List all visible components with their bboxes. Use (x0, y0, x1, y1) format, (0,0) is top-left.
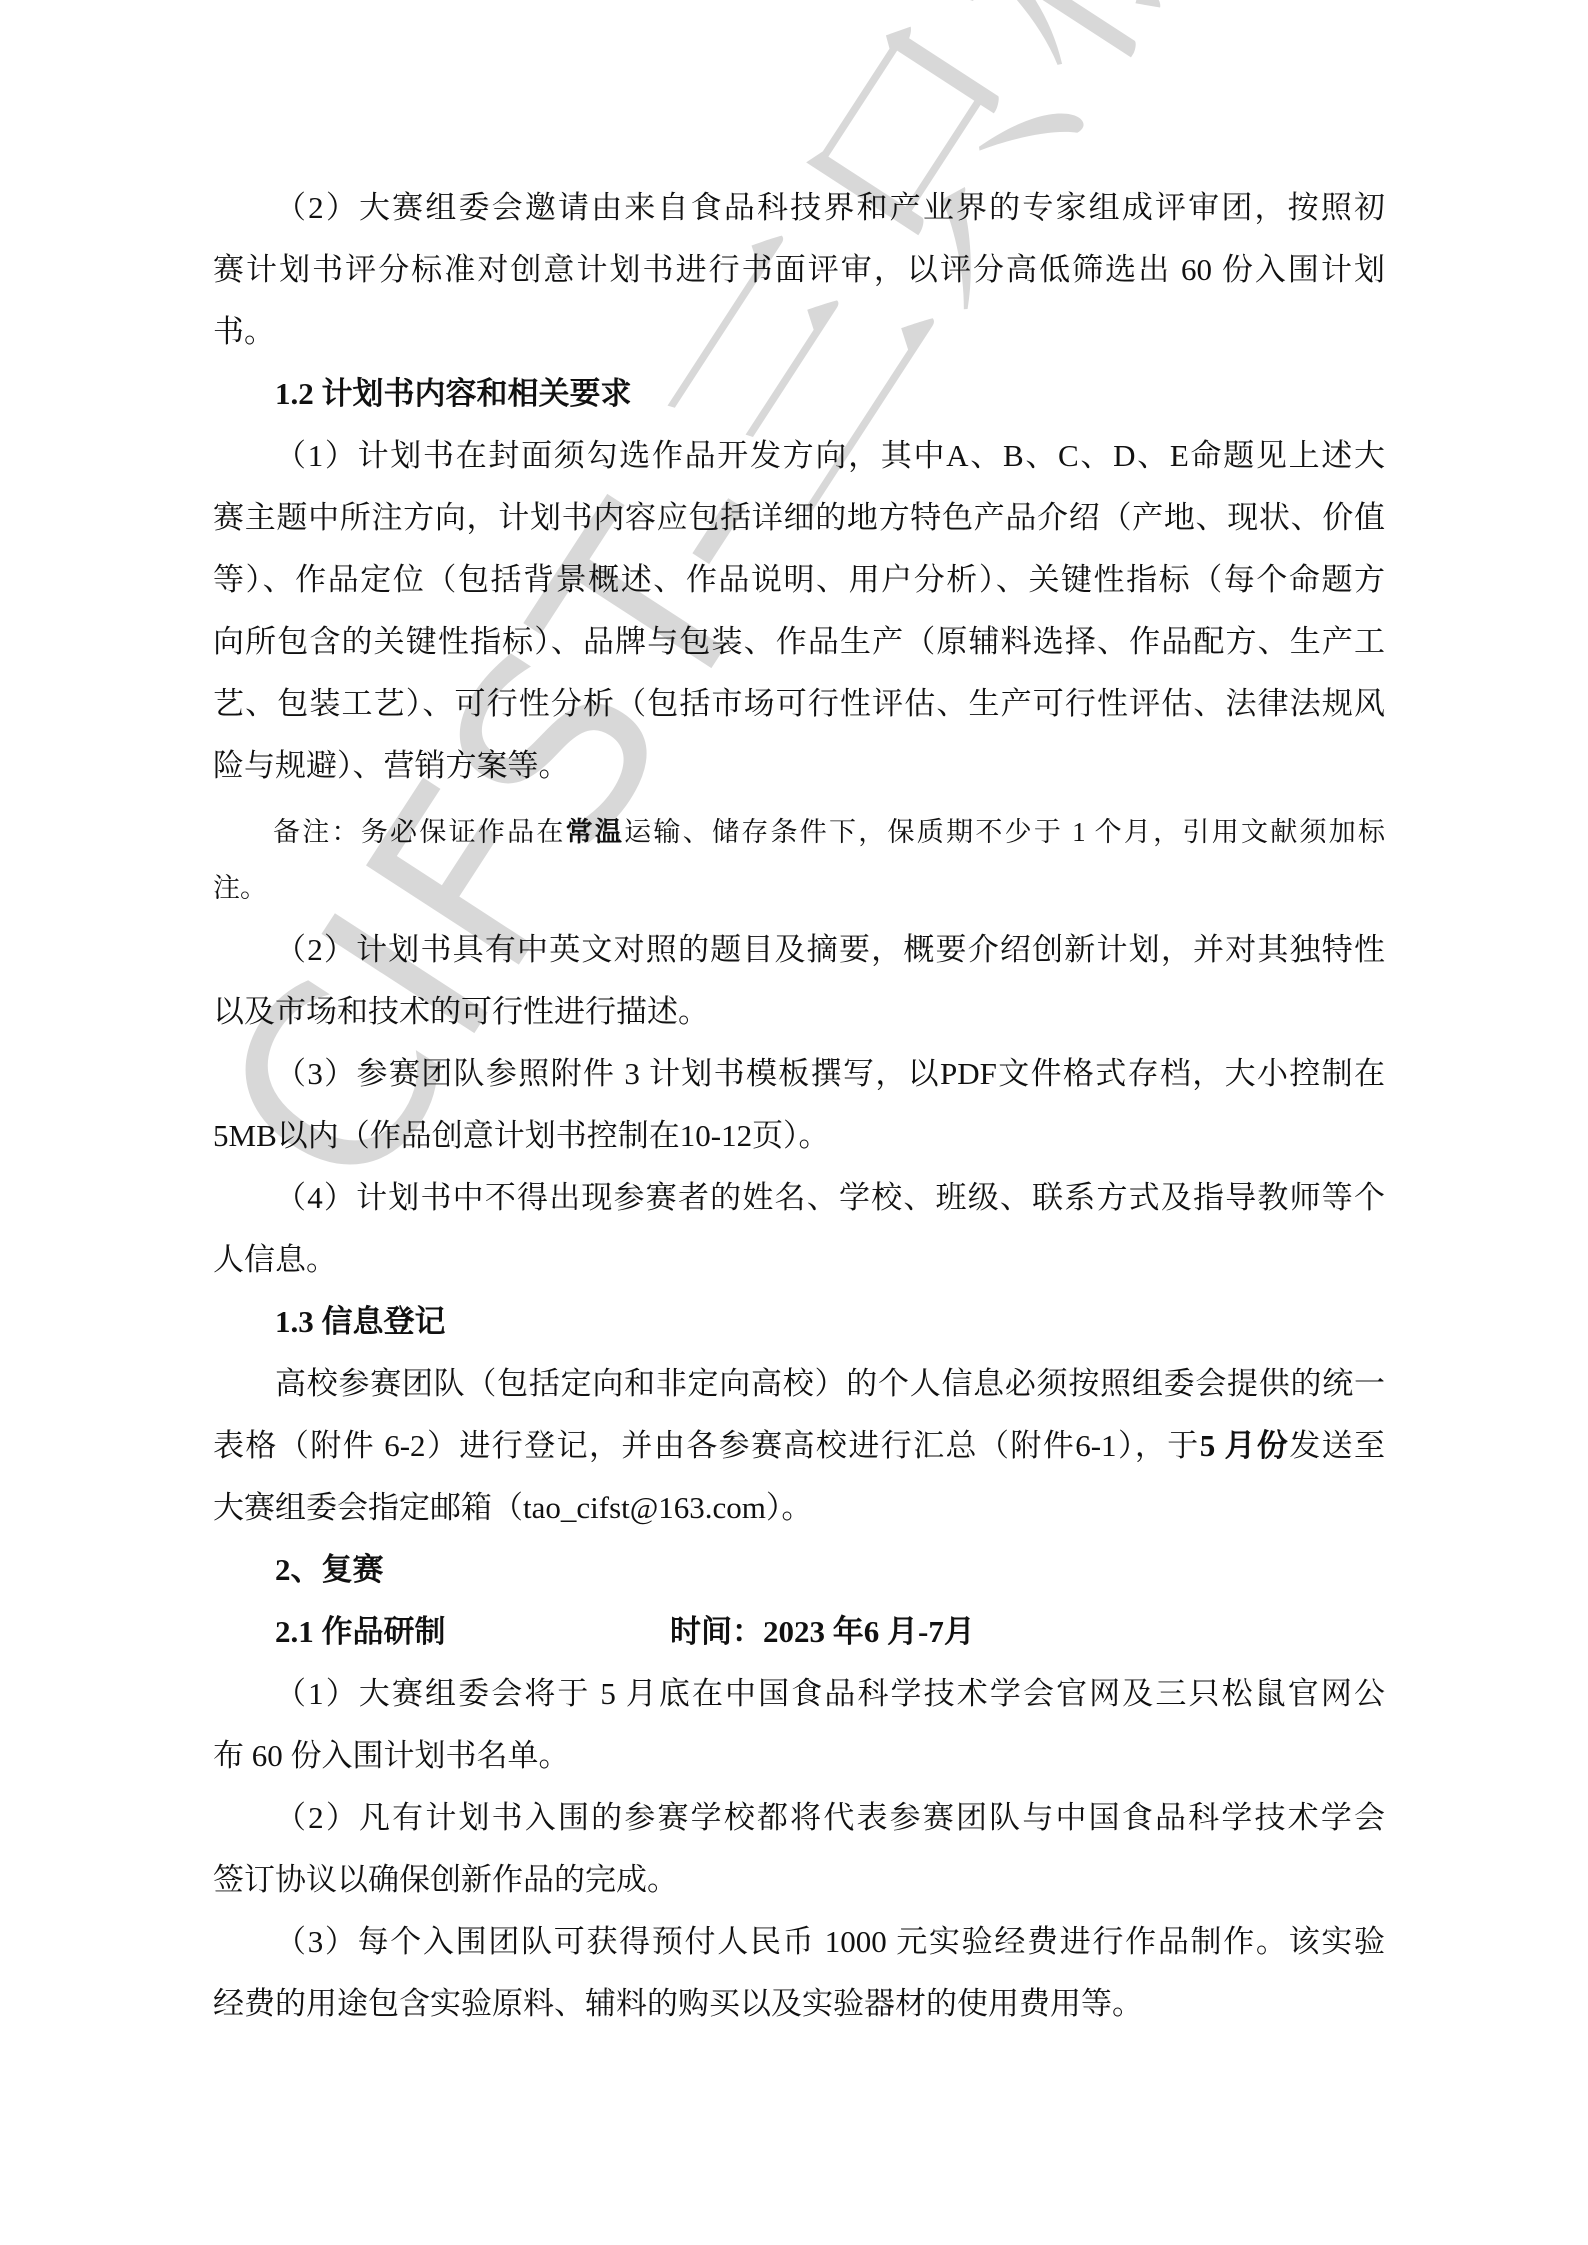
email-line: 大赛组委会指定邮箱（tao_cifst@163.com）。 (213, 1488, 812, 1528)
paragraph-line: （1）计划书在封面须勾选作品开发方向，其中A、B、C、D、E命题见上述大 (275, 436, 1385, 476)
paragraph-line: 人信息。 (213, 1240, 337, 1280)
paragraph-line: 5MB以内（作品创意计划书控制在10-12页）。 (213, 1116, 830, 1156)
paragraph-line: 险与规避）、营销方案等。 (213, 746, 570, 786)
paragraph-line: 赛主题中所注方向，计划书内容应包括详细的地方特色产品介绍（产地、现状、价值 (213, 498, 1385, 538)
note-line: 备注：务必保证作品在常温运输、储存条件下，保质期不少于 1 个月，引用文献须加标 (273, 812, 1385, 852)
paragraph-line: 以及市场和技术的可行性进行描述。 (213, 992, 709, 1032)
paragraph-line: （3）每个入围团队可获得预付人民币 1000 元实验经费进行作品制作。该实验 (275, 1922, 1385, 1962)
paragraph-line: （4）计划书中不得出现参赛者的姓名、学校、班级、联系方式及指导教师等个 (275, 1178, 1385, 1218)
paragraph-line: （2）凡有计划书入围的参赛学校都将代表参赛团队与中国食品科学技术学会 (275, 1798, 1385, 1838)
registration-text-end: 发送至 (1289, 1428, 1385, 1463)
paragraph-line: 经费的用途包含实验原料、辅料的购买以及实验器材的使用费用等。 (213, 1984, 1143, 2024)
paragraph-line: 赛计划书评分标准对创意计划书进行书面评审，以评分高低筛选出 60 份入围计划 (213, 250, 1385, 290)
deadline-bold-text: 5 月份 (1200, 1428, 1290, 1463)
paragraph-line: 等）、作品定位（包括背景概述、作品说明、用户分析）、关键性指标（每个命题方 (213, 560, 1385, 600)
paragraph-line: 签订协议以确保创新作品的完成。 (213, 1860, 678, 1900)
section-heading-2: 2、复赛 (275, 1550, 384, 1590)
paragraph-line: 表格（附件 6-2）进行登记，并由各参赛高校进行汇总（附件6-1），于5 月份发… (213, 1426, 1385, 1466)
paragraph-line: 书。 (213, 312, 275, 352)
note-text: 运输、储存条件下，保质期不少于 1 个月，引用文献须加标 (624, 817, 1385, 847)
paragraph-line: （2）大赛组委会邀请由来自食品科技界和产业界的专家组成评审团，按照初 (275, 188, 1385, 228)
paragraph-line: 艺、包装工艺）、可行性分析（包括市场可行性评估、生产可行性评估、法律法规风 (213, 684, 1385, 724)
paragraph-line: （2）计划书具有中英文对照的题目及摘要，概要介绍创新计划，并对其独特性 (275, 930, 1385, 970)
paragraph-line: （3）参赛团队参照附件 3 计划书模板撰写，以PDF文件格式存档，大小控制在 (275, 1054, 1385, 1094)
note-bold-text: 常温 (566, 817, 625, 847)
section-heading-2-1: 2.1 作品研制 (275, 1612, 446, 1652)
paragraph-line: 向所包含的关键性指标）、品牌与包装、作品生产（原辅料选择、作品配方、生产工 (213, 622, 1385, 662)
paragraph-line: 布 60 份入围计划书名单。 (213, 1736, 570, 1776)
schedule-time: 时间：2023 年6 月-7月 (670, 1612, 975, 1652)
note-line: 注。 (213, 868, 267, 908)
registration-text: 表格（附件 6-2）进行登记，并由各参赛高校进行汇总（附件6-1），于 (213, 1428, 1200, 1463)
section-heading-1-2: 1.2 计划书内容和相关要求 (275, 374, 632, 414)
paragraph-line: （1）大赛组委会将于 5 月底在中国食品科学技术学会官网及三只松鼠官网公 (275, 1674, 1385, 1714)
paragraph-line: 高校参赛团队（包括定向和非定向高校）的个人信息必须按照组委会提供的统一 (275, 1364, 1385, 1404)
section-heading-1-3: 1.3 信息登记 (275, 1302, 446, 1342)
note-label-text: 备注：务必保证作品在 (273, 817, 566, 847)
